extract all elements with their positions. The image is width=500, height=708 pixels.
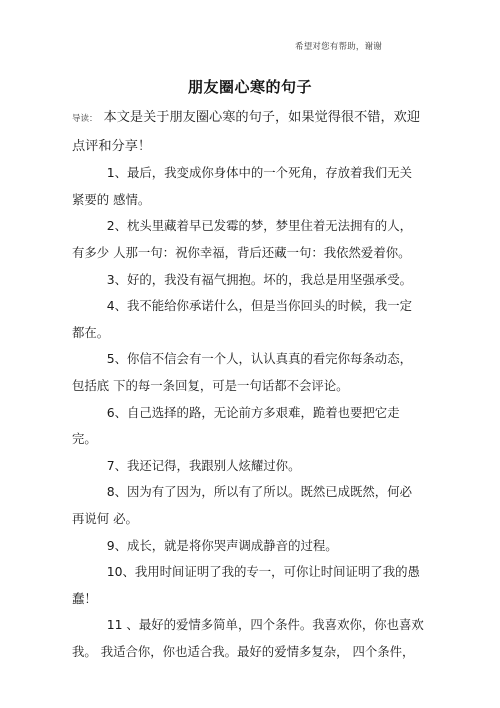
list-item: 4、我不能给你承诺什么，但是当你回头的时候，我一定都在。 (72, 293, 424, 346)
list-item: 1、最后，我变成你身体中的一个死角，存放着我们无关紧要的 感情。 (72, 160, 424, 213)
intro-text: 本文是关于朋友圈心寒的句子，如果觉得很不错，欢迎 点评和分享！ (72, 110, 420, 154)
list-item: 10、我用时间证明了我的专一，可你让时间证明了我的愚蠢！ (72, 559, 424, 612)
document-title: 朋友圈心寒的句子 (0, 76, 500, 97)
header-note: 希望对您有帮助，谢谢 (295, 40, 382, 52)
list-item: 8、因为有了因为，所以有了所以。既然已成既然，何必再说何 必。 (72, 479, 424, 532)
list-item: 3、好的，我没有福气拥抱。坏的，我总是用坚强承受。 (72, 267, 424, 294)
list-item: 7、我还记得，我跟别人炫耀过你。 (72, 453, 424, 480)
list-item: 6、自己选择的路，无论前方多艰难，跪着也要把它走完。 (72, 400, 424, 453)
document-body: 导读：本文是关于朋友圈心寒的句子，如果觉得很不错，欢迎 点评和分享！ 1、最后，… (72, 104, 424, 665)
list-item: 11 、最好的爱情多简单，四个条件。我喜欢你，你也喜欢我。 我适合你，你也适合我… (72, 612, 424, 665)
list-item: 5、你信不信会有一个人，认认真真的看完你每条动态，包括底 下的每一条回复，可是一… (72, 346, 424, 399)
document-page: 希望对您有帮助，谢谢 朋友圈心寒的句子 导读：本文是关于朋友圈心寒的句子，如果觉… (0, 0, 500, 708)
list-item: 2、枕头里藏着早已发霉的梦，梦里住着无法拥有的人，有多少 人那一句：祝你幸福，背… (72, 213, 424, 266)
list-item: 9、成长，就是将你哭声调成静音的过程。 (72, 533, 424, 560)
intro-label: 导读： (72, 114, 98, 124)
intro-paragraph: 导读：本文是关于朋友圈心寒的句子，如果觉得很不错，欢迎 点评和分享！ (72, 104, 424, 160)
